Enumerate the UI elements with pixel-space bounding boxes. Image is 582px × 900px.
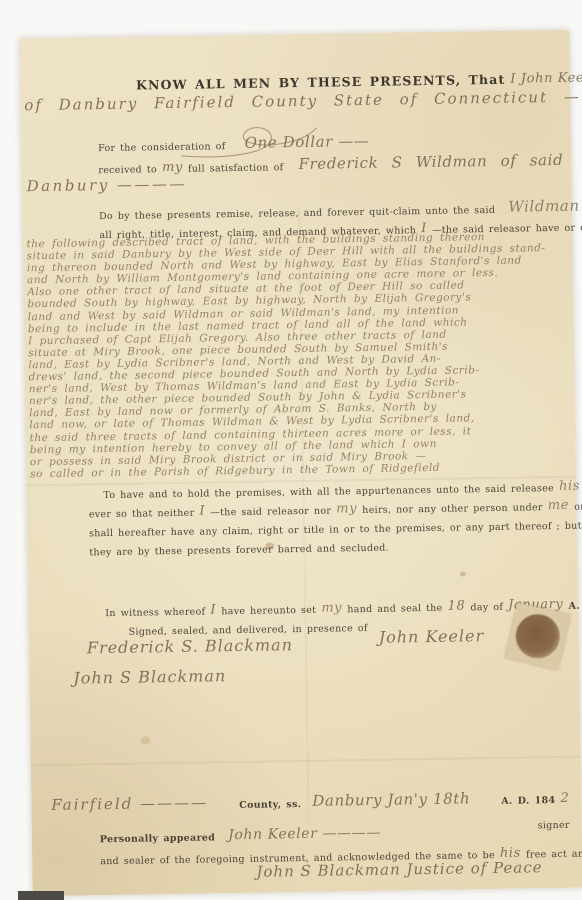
witness1-signature: Frederick S. Blackman [87,635,293,657]
ack-place-date-hand: Danbury Jan'y 18th [312,789,470,809]
witness-clause-a: In witness whereof [105,607,205,620]
witness-clause-e: hand and seal the [347,603,442,615]
satisfaction-label-a: received to [98,164,157,176]
witness-clause-g: day of [470,602,503,614]
consideration-amount-hand: One Dollar —— [244,132,369,152]
satisfaction-my-hand: my [162,160,183,175]
appeared-name-hand: John Keeler ———— [228,825,381,843]
habendum-line2-c: —the said releasor nor [210,506,331,519]
witness-ad-printed: A. D. 184 [568,600,582,612]
grantor-signature: John Keeler [379,626,485,647]
property-description: the following described tract of land, w… [26,230,575,480]
habendum-his-hand: his [559,479,580,494]
grantee-name-hand: Frederick S Wildman of said [298,151,563,173]
grantor-name-hand: I John Keeler —— [510,70,582,87]
appeared-printed: Personally appeared [100,832,215,845]
habendum-line2-g: or them [574,501,582,513]
remise-grantee-hand: Wildman ——— [508,196,582,216]
habendum-I-hand: I [199,504,205,519]
witness-I-hand: I [210,602,216,617]
document-scan: KNOW ALL MEN BY THESE PRESENTS, That I J… [0,0,582,900]
deed-paper-sheet: KNOW ALL MEN BY THESE PRESENTS, That I J… [19,30,582,897]
scanned-deed-page: { "palette": { "scanner_background": "#f… [0,0,582,900]
wafer-seal [505,603,570,670]
satisfaction-label-b: full satisfaction of [188,162,284,174]
habendum-line4: they are by these presents forever barre… [89,543,389,559]
habendum-me-hand: me [548,498,569,513]
ack-year-hand: 2 [560,791,569,806]
seal-impression [511,610,564,663]
scan-artifact [18,891,64,900]
witness2-signature: John S Blackman [73,666,226,687]
justice-signature: John S Blackman Justice of Peace [256,858,542,880]
stain-spot [460,571,466,576]
witness-clause-c: have hereunto set [221,605,316,617]
grantor-residence-hand: of Danbury Fairfield County State of Con… [24,88,581,115]
habendum-my-hand: my [336,501,357,516]
witness-day-hand: 18 [447,598,465,613]
county-hand: Fairfield ———— [51,794,208,814]
grantee-town-hand: Danbury ———— [26,175,187,196]
signer-printed: signer [538,820,570,832]
stain-spot [140,736,150,744]
county-printed: County, ss. [239,799,301,811]
habendum-line2-a: ever so that neither [89,508,195,521]
ack-ad-printed: A. D. 184 [501,795,555,807]
witness-my-hand: my [321,600,342,615]
consideration-label: For the consideration of [98,141,226,154]
